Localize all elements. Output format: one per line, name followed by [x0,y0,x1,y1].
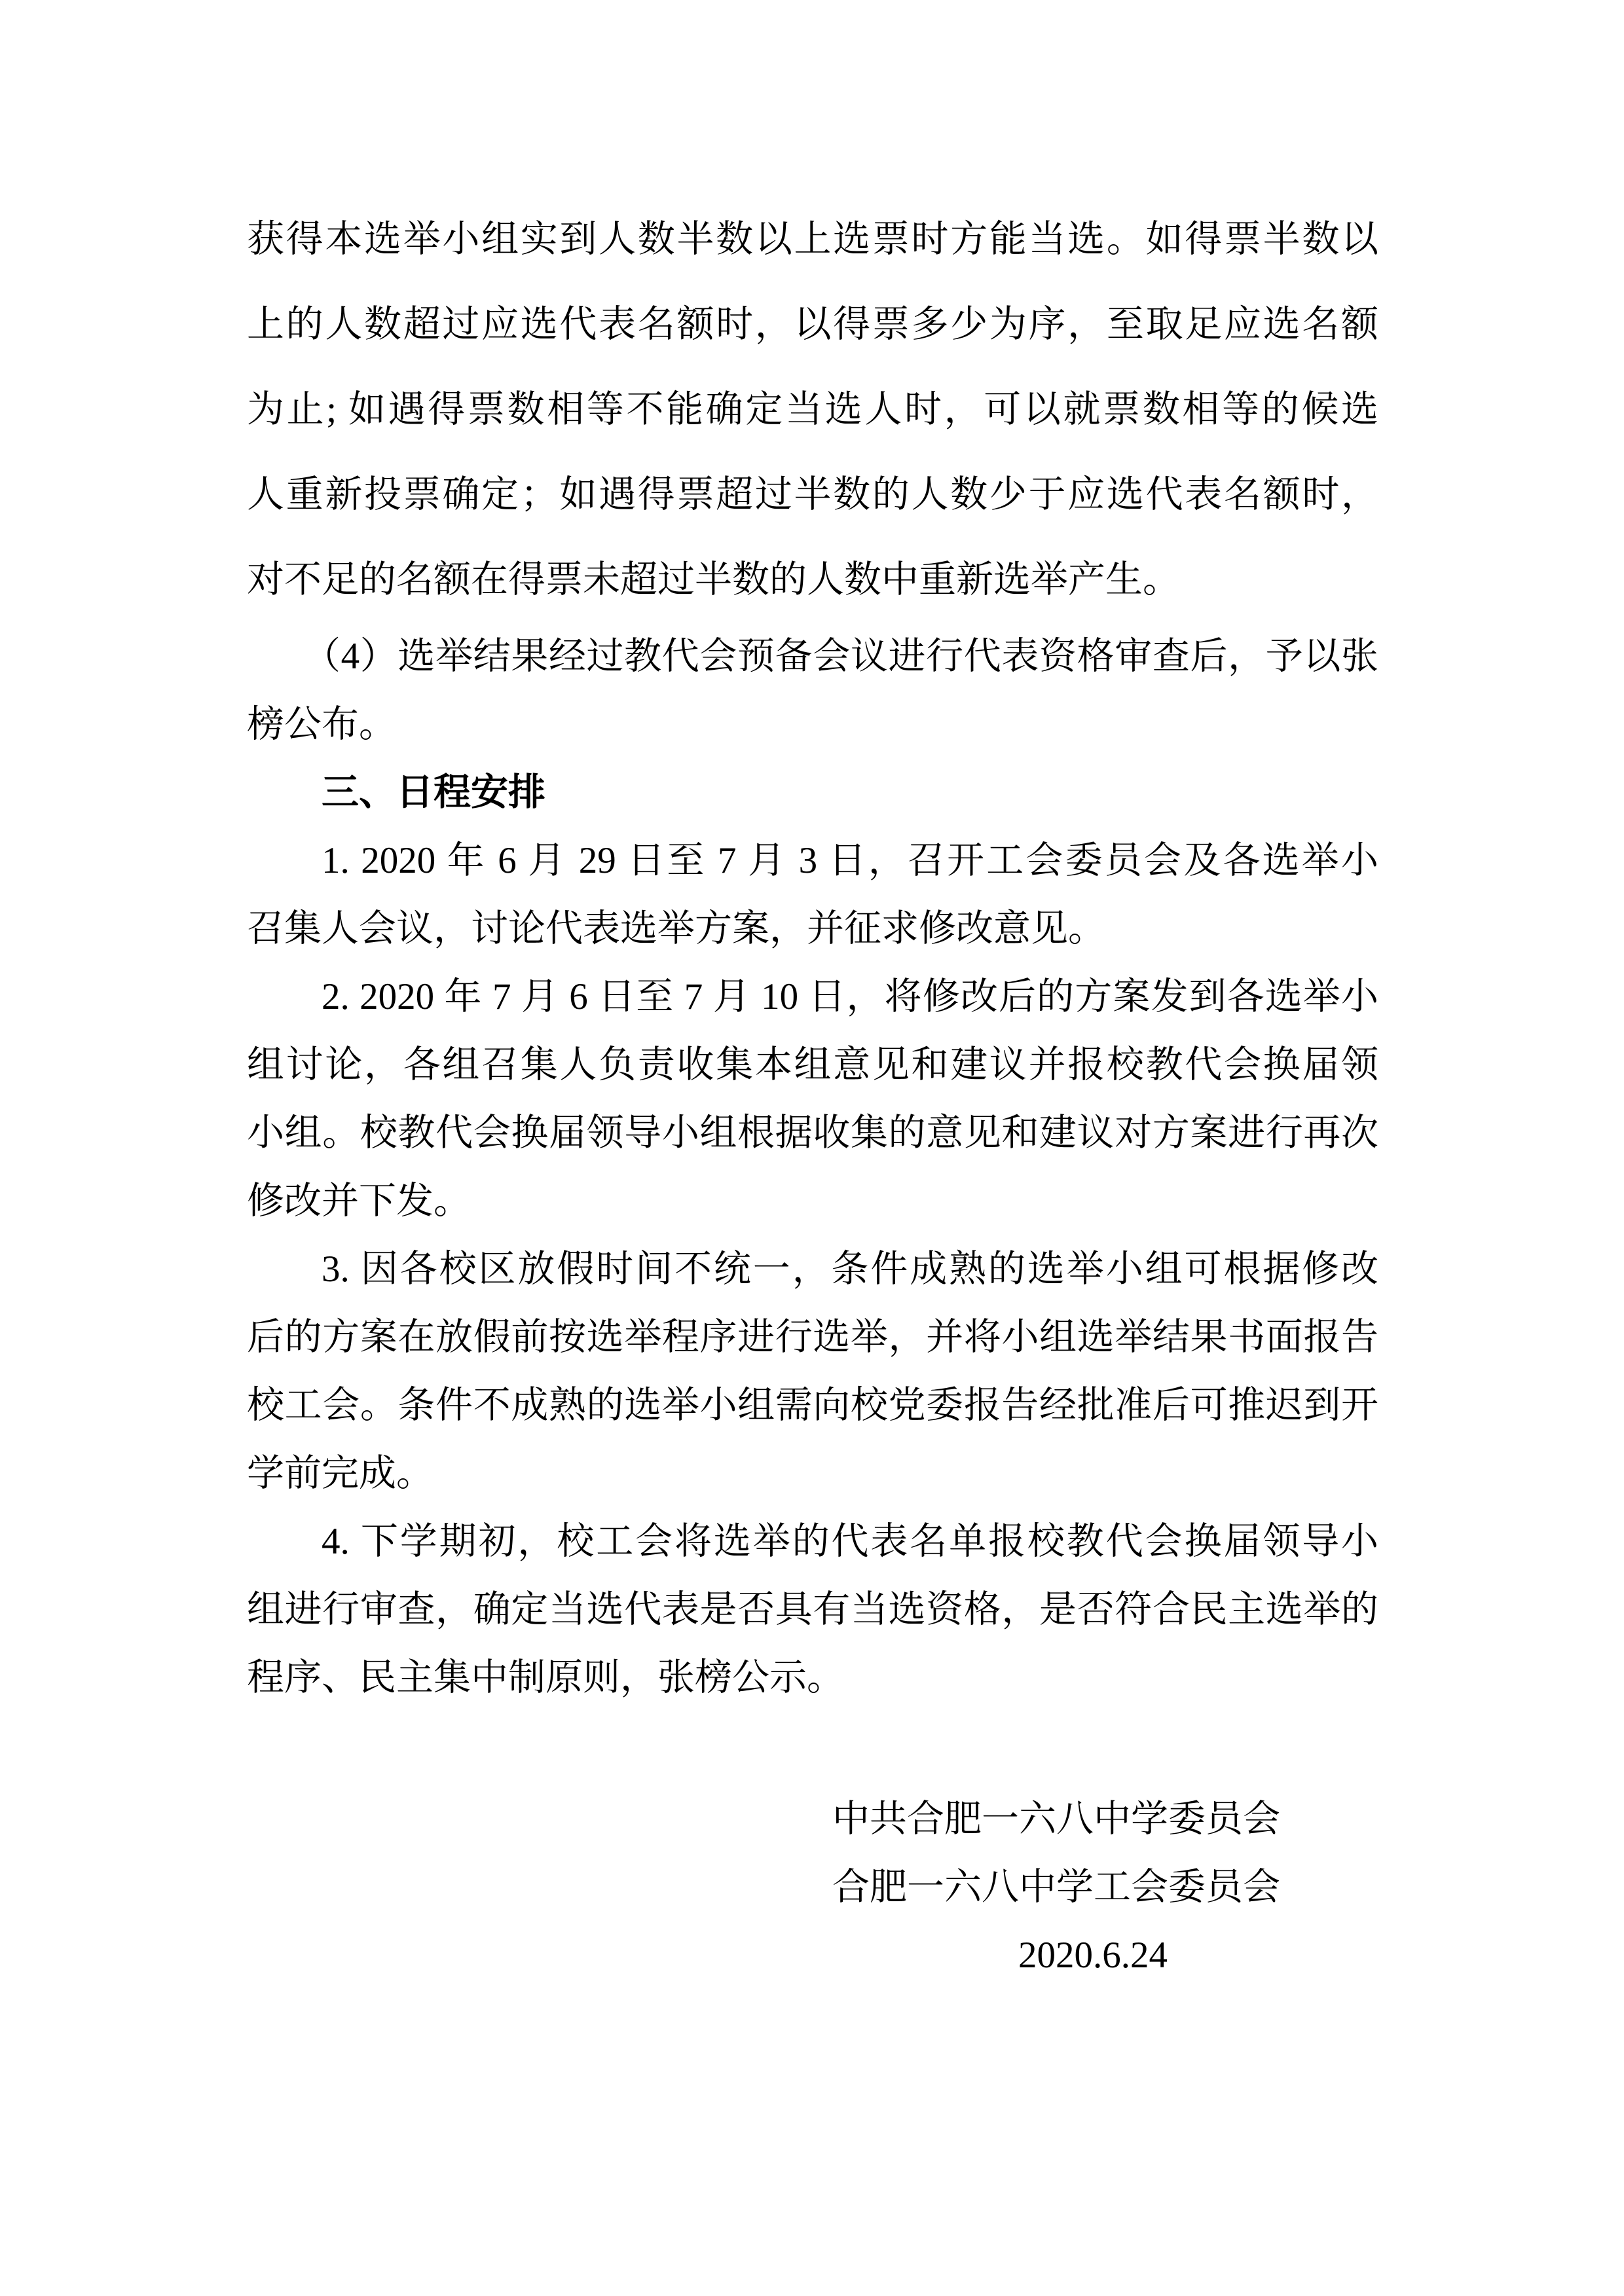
text-line: 4. 下学期初，校工会将选举的代表名单报校教代会换届领导小 [247,1508,1378,1576]
text-line: 榜公布。 [247,691,1378,759]
paragraph-continuation: 获得本选举小组实到人数半数以上选票时方能当选。如得票半数以 上的人数超过应选代表… [247,197,1378,623]
text-line: 学前完成。 [247,1440,1378,1508]
text-line: 召集人会议，讨论代表选举方案，并征求修改意见。 [247,895,1378,963]
text-line: 上的人数超过应选代表名额时，以得票多少为序，至取足应选名额 [247,282,1378,367]
paragraph-election-result: （4）选举结果经过教代会预备会议进行代表资格审查后，予以张 榜公布。 [247,623,1378,759]
signature-date: 2020.6.24 [247,1922,1378,1990]
text-line: （4）选举结果经过教代会预备会议进行代表资格审查后，予以张 [247,623,1378,691]
text-line: 对不足的名额在得票未超过半数的人数中重新选举产生。 [247,538,1378,623]
text-line: 为止; 如遇得票数相等不能确定当选人时，可以就票数相等的候选 [247,367,1378,452]
text-line: 后的方案在放假前按选举程序进行选举，并将小组选举结果书面报告 [247,1303,1378,1372]
text-line: 人重新投票确定；如遇得票超过半数的人数少于应选代表名额时， [247,452,1378,538]
section-schedule: 三、日程安排 [247,759,1378,827]
document-page: 获得本选举小组实到人数半数以上选票时方能当选。如得票半数以 上的人数超过应选代表… [0,0,1624,2296]
text-line: 程序、民主集中制原则，张榜公示。 [247,1644,1378,1712]
schedule-item-1: 1. 2020 年 6 月 29 日至 7 月 3 日，召开工会委员会及各选举小… [247,827,1378,963]
text-line: 组讨论，各组召集人负责收集本组意见和建议并报校教代会换届领 [247,1031,1378,1099]
text-line: 校工会。条件不成熟的选举小组需向校党委报告经批准后可推迟到开 [247,1372,1378,1440]
text-line: 修改并下发。 [247,1167,1378,1235]
text-line: 3. 因各校区放假时间不统一，条件成熟的选举小组可根据修改 [247,1235,1378,1303]
text-line: 获得本选举小组实到人数半数以上选票时方能当选。如得票半数以 [247,197,1378,282]
signature-union-committee: 合肥一六八中学工会委员会 [247,1853,1378,1922]
schedule-item-4: 4. 下学期初，校工会将选举的代表名单报校教代会换届领导小 组进行审查，确定当选… [247,1508,1378,1712]
text-line: 组进行审查，确定当选代表是否具有当选资格，是否符合民主选举的 [247,1576,1378,1644]
text-line: 1. 2020 年 6 月 29 日至 7 月 3 日，召开工会委员会及各选举小 [247,827,1378,895]
section-heading: 三、日程安排 [247,759,1378,827]
text-line: 2. 2020 年 7 月 6 日至 7 月 10 日，将修改后的方案发到各选举… [247,963,1378,1031]
text-line: 小组。校教代会换届领导小组根据收集的意见和建议对方案进行再次 [247,1099,1378,1167]
signature-party-committee: 中共合肥一六八中学委员会 [247,1785,1378,1853]
schedule-item-3: 3. 因各校区放假时间不统一，条件成熟的选举小组可根据修改 后的方案在放假前按选… [247,1235,1378,1508]
signature-block: 中共合肥一六八中学委员会 合肥一六八中学工会委员会 2020.6.24 [247,1785,1378,1990]
schedule-item-2: 2. 2020 年 7 月 6 日至 7 月 10 日，将修改后的方案发到各选举… [247,963,1378,1235]
